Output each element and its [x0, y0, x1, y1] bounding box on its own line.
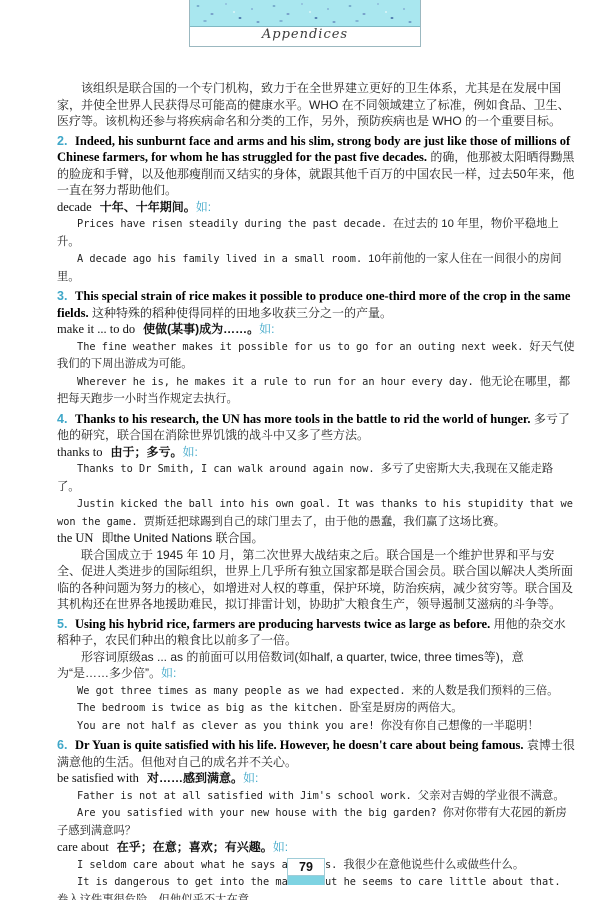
example-chinese: 你没有你自己想像的一半聪明！ [381, 720, 539, 732]
vocab-item-4: 4. Thanks to his research, the UN has mo… [57, 411, 575, 613]
main-sentence: Indeed, his sunburnt face and arms and h… [57, 133, 575, 199]
example-line: A decade ago his family lived in a small… [57, 250, 575, 285]
english-sentence: Thanks to his research, the UN has more … [75, 412, 530, 426]
example-line: Prices have risen steadily during the pa… [57, 215, 575, 250]
example-marker: 如: [161, 666, 176, 680]
example-marker: 如: [196, 200, 211, 214]
usage-definition: 十年、十年期间。 [100, 200, 196, 214]
example-english: You are not half as clever as you think … [77, 720, 375, 732]
example-chinese: 卷入这件事很危险，但他似乎不太在意。 [57, 894, 260, 900]
usage-definition: 由于；多亏。 [110, 445, 182, 459]
item-number: 4. [57, 412, 67, 426]
example-chinese: 贾斯廷把球踢到自己的球门里去了，由于他的愚蠢，我们赢了这场比赛。 [144, 516, 506, 528]
example-english: Wherever he is, he makes it a rule to ru… [77, 376, 474, 388]
vocab-item-5: 5. Using his hybrid rice, farmers are pr… [57, 616, 575, 735]
example-line: The bedroom is twice as big as the kitch… [57, 699, 575, 717]
example-english: A decade ago his family lived in a small… [77, 253, 362, 265]
chinese-translation: 这种特殊的稻种使得同样的田地多收获三分之一的产量。 [92, 306, 392, 320]
intro-paragraph: 该组织是联合国的一个专门机构，致力于在全世界建立更好的卫生体系，尤其是在发展中国… [57, 80, 575, 130]
example-line: Wherever he is, he makes it a rule to ru… [57, 373, 575, 408]
example-marker: 如: [183, 445, 198, 459]
example-chinese: 来的人数是我们预料的三倍。 [412, 685, 559, 697]
grammar-note-text: 形容词原级as ... as 的前面可以用倍数词(如half, a quarte… [57, 650, 524, 681]
page-header: Appendices [189, 0, 421, 47]
example-chinese: 卧室是厨房的两倍大。 [350, 702, 463, 714]
example-english: The fine weather makes it possible for u… [77, 341, 523, 353]
example-line: Thanks to Dr Smith, I can walk around ag… [57, 460, 575, 495]
usage-definition: 在乎；在意；喜欢；有兴趣。 [117, 840, 273, 854]
example-chinese: 父亲对吉姆的学业很不满意。 [418, 790, 565, 802]
usage-line: be satisfied with对……感到满意。如: [57, 770, 575, 787]
main-sentence: Using his hybrid rice, farmers are produ… [57, 616, 575, 649]
example-english: Father is not at all satisfied with Jim'… [77, 790, 412, 802]
item-number: 6. [57, 738, 67, 752]
book-page: Appendices 该组织是联合国的一个专门机构，致力于在全世界建立更好的卫生… [0, 0, 610, 900]
usage-term: be satisfied with [57, 771, 139, 785]
explanation-paragraph: 联合国成立于 1945 年 10 月，第二次世界大战结束之后。联合国是一个维护世… [57, 547, 575, 613]
example-english: Thanks to Dr Smith, I can walk around ag… [77, 463, 375, 475]
usage-definition: 使做(某事)成为……。 [143, 322, 259, 336]
example-marker: 如: [259, 322, 274, 336]
example-english: We got three times as many people as we … [77, 685, 406, 697]
main-sentence: Dr Yuan is quite satisfied with his life… [57, 737, 575, 770]
usage-line: make it ... to do使做(某事)成为……。如: [57, 321, 575, 338]
example-english: Prices have risen steadily during the pa… [77, 218, 387, 230]
english-sentence: Using his hybrid rice, farmers are produ… [75, 617, 490, 631]
header-title: Appendices [190, 27, 420, 46]
usage-term: thanks to [57, 445, 102, 459]
item-number: 3. [57, 289, 67, 303]
usage-line: the UN即the United Nations 联合国。 [57, 530, 575, 547]
page-number-box: 79 [287, 858, 325, 885]
main-sentence: This special strain of rice makes it pos… [57, 288, 575, 321]
page-number-accent-strip [288, 875, 324, 885]
main-sentence: Thanks to his research, the UN has more … [57, 411, 575, 444]
page-number: 79 [288, 859, 324, 875]
usage-definition: 对……感到满意。 [147, 771, 243, 785]
grammar-note: 形容词原级as ... as 的前面可以用倍数词(如half, a quarte… [57, 649, 575, 682]
usage-term: the UN [57, 531, 93, 545]
example-marker: 如: [273, 840, 288, 854]
example-line: We got three times as many people as we … [57, 682, 575, 700]
example-line: Justin kicked the ball into his own goal… [57, 495, 575, 530]
example-line: Are you satisfied with your new house wi… [57, 804, 575, 839]
example-english: Are you satisfied with your new house wi… [77, 807, 437, 819]
example-marker: 如: [243, 771, 258, 785]
page-content: 该组织是联合国的一个专门机构，致力于在全世界建立更好的卫生体系，尤其是在发展中国… [57, 80, 575, 900]
vocab-item-3: 3. This special strain of rice makes it … [57, 288, 575, 408]
example-line: You are not half as clever as you think … [57, 717, 575, 735]
item-number: 2. [57, 134, 67, 148]
vocab-item-2: 2. Indeed, his sunburnt face and arms an… [57, 133, 575, 286]
example-chinese: 我很少在意他说些什么或做些什么。 [343, 859, 524, 871]
usage-term: decade [57, 200, 92, 214]
usage-line: thanks to由于；多亏。如: [57, 444, 575, 461]
example-english: The bedroom is twice as big as the kitch… [77, 702, 344, 714]
usage-term: make it ... to do [57, 322, 135, 336]
item-number: 5. [57, 617, 67, 631]
usage-definition: 即the United Nations 联合国。 [101, 531, 263, 545]
example-line: Father is not at all satisfied with Jim'… [57, 787, 575, 805]
usage-line: care about在乎；在意；喜欢；有兴趣。如: [57, 839, 575, 856]
water-droplets-image [190, 0, 420, 27]
english-sentence: Dr Yuan is quite satisfied with his life… [75, 738, 524, 752]
example-line: The fine weather makes it possible for u… [57, 338, 575, 373]
usage-line: decade十年、十年期间。如: [57, 199, 575, 216]
usage-term: care about [57, 840, 109, 854]
